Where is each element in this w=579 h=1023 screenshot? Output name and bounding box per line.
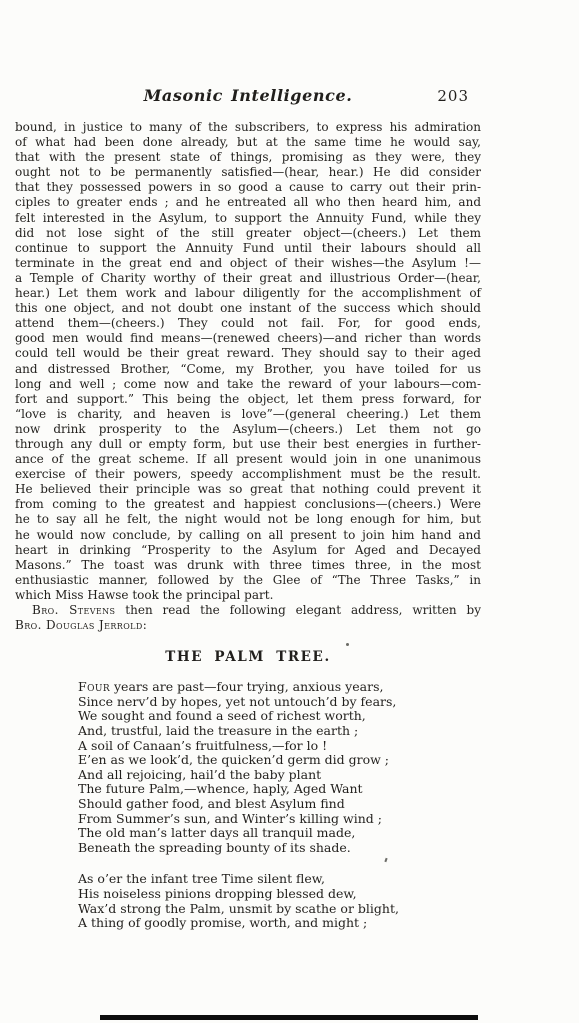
body-text-line: Masons.” The toast was drunk with three … [15, 558, 481, 573]
body-text-line: he would now conclude, by calling on all… [15, 528, 481, 543]
poem-line: Since nerv’d by hopes, yet not untouch’d… [78, 695, 481, 710]
poem-line: As o’er the infant tree Time silent flew… [78, 872, 481, 887]
body-text-line: ciples to greater ends ; and he entreate… [15, 195, 481, 210]
poem-line: Wax’d strong the Palm, unsmit by scathe … [78, 902, 481, 917]
poem-line: From Summer’s sun, and Winter’s killing … [78, 812, 481, 827]
poem-line: The future Palm,—whence, haply, Aged Wan… [78, 782, 481, 797]
body-text-line: ought not to be permanently satisfied—(h… [15, 165, 481, 180]
closing-intro-line: Bro. Stevens then read the following ele… [15, 603, 481, 618]
journal-title: Masonic Intelligence. [15, 86, 481, 105]
poem-first-line-rest: years are past—four trying, anxious year… [110, 679, 383, 694]
body-text-line: which Miss Hawse took the principal part… [15, 588, 481, 603]
body-text-line: enthusiastic manner, followed by the Gle… [15, 573, 481, 588]
body-text-line: a Temple of Charity worthy of their grea… [15, 271, 481, 286]
poem-line: We sought and found a seed of richest wo… [78, 709, 481, 724]
body-text-line: through any dull or empty form, but use … [15, 437, 481, 452]
poem-line: A soil of Canaan’s fruitfulness,—for lo … [78, 739, 481, 754]
brother-stevens-name: Bro. Stevens [32, 603, 115, 617]
body-text-line: this one object, and not doubt one insta… [15, 301, 481, 316]
poem-stanza-2: As o’er the infant tree Time silent flew… [78, 872, 481, 930]
body-text-line: that with the present state of things, p… [15, 150, 481, 165]
poem-line: A thing of goodly promise, worth, and mi… [78, 916, 481, 931]
poem-line: And, trustful, laid the treasure in the … [78, 724, 481, 739]
body-text-line: hear.) Let them work and labour diligent… [15, 286, 481, 301]
body-text-line: now drink prosperity to the Asylum—(chee… [15, 422, 481, 437]
closing-author-colon: : [143, 618, 147, 632]
poem-line: And all rejoicing, hail’d the baby plant [78, 768, 481, 783]
poem-line: The old man’s latter days all tranquil m… [78, 826, 481, 841]
body-text-line: “love is charity, and heaven is love”—(g… [15, 407, 481, 422]
body-text-line: attend them—(cheers.) They could not fai… [15, 316, 481, 331]
brother-jerrold-name: Bro. Douglas Jerrold [15, 618, 143, 632]
body-text-line: and distressed Brother, “Come, my Brothe… [15, 362, 481, 377]
body-text-line: good men would find means—(renewed cheer… [15, 331, 481, 346]
body-text-line: did not lose sight of the still greater … [15, 226, 481, 241]
body-text-line: terminate in the great end and object of… [15, 256, 481, 271]
body-text-line: long and well ; come now and take the re… [15, 377, 481, 392]
text-block: Masonic Intelligence. 203 bound, in just… [15, 86, 481, 931]
body-text-line: heart in drinking “Prosperity to the Asy… [15, 543, 481, 558]
body-text-line: that they possessed powers in so good a … [15, 180, 481, 195]
closing-author-line: Bro. Douglas Jerrold: [15, 618, 481, 633]
running-head: Masonic Intelligence. 203 [15, 86, 481, 108]
closing-intro-rest: then read the following elegant address,… [115, 603, 481, 617]
poem-line: Should gather food, and blest Asylum fin… [78, 797, 481, 812]
poem-stanza-1: Four years are past—four trying, anxious… [78, 680, 481, 855]
body-text-line: He believed their principle was so great… [15, 482, 481, 497]
poem-first-word: Four [78, 679, 110, 694]
body-text-line: he to say all he felt, the night would n… [15, 512, 481, 527]
poem-line: E’en as we look’d, the quicken’d germ di… [78, 753, 481, 768]
body-text-line: exercise of their powers, speedy accompl… [15, 467, 481, 482]
body-text-line: continue to support the Annuity Fund unt… [15, 241, 481, 256]
body-paragraph: bound, in justice to many of the subscri… [15, 120, 481, 603]
poem-line-first: Four years are past—four trying, anxious… [78, 680, 481, 695]
closing-lines: Bro. Stevens then read the following ele… [15, 603, 481, 633]
poem-line: Beneath the spreading bounty of its shad… [78, 841, 481, 856]
body-text-line: bound, in justice to many of the subscri… [15, 120, 481, 135]
scan-artifact-bar [100, 1015, 478, 1020]
poem-section: THE PALM TREE. Four years are past—four … [15, 649, 481, 931]
scanned-page: Masonic Intelligence. 203 bound, in just… [0, 0, 579, 1023]
body-text-line: from coming to the greatest and happiest… [15, 497, 481, 512]
body-text-line: fort and support.” This being the object… [15, 392, 481, 407]
scan-speck [346, 643, 349, 646]
poem-title: THE PALM TREE. [15, 649, 481, 665]
page-number: 203 [437, 87, 469, 105]
body-text-line: felt interested in the Asylum, to suppor… [15, 211, 481, 226]
poem-line: His noiseless pinions dropping blessed d… [78, 887, 481, 902]
body-text-line: could tell would be their great reward. … [15, 346, 481, 361]
body-text-line: ance of the great scheme. If all present… [15, 452, 481, 467]
body-text-line: of what had been done already, but at th… [15, 135, 481, 150]
poem-stanza-1-rest: Since nerv’d by hopes, yet not untouch’d… [78, 695, 481, 856]
